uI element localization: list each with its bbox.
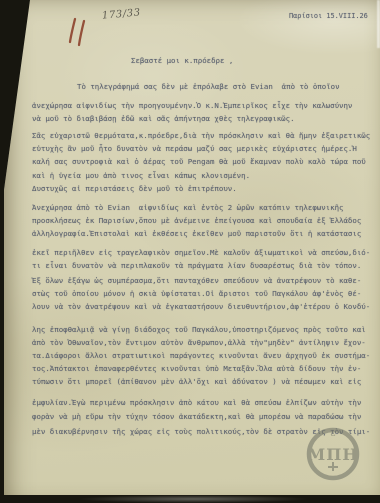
letter-line: ἀνεχώρησα αἰφνιδίως τὴν προηγουμένην.Ὁ κ… (32, 101, 352, 110)
letter-line: καλή σας συντροφιὰ καὶ ὁ ἀέρας τοῦ Penga… (32, 157, 366, 166)
letter-line: στὼς τοῦ ὁποίου μόνον ἡ σκιὰ ὑφίσταται.Ο… (32, 289, 361, 298)
handwritten-pencil-mark (64, 15, 92, 49)
letter-line: νὰ μοῦ τὸ διαβιβάσῃ ἐδῶ καὶ σᾶς ἀπήντησα… (32, 114, 295, 123)
letter-line: τύπωσιν ὅτι μπορεῖ (ἀπίθανον μὲν ἀλλ'ὄχι… (32, 377, 361, 386)
letter-line: Τὸ τηλεγράφημά σας δὲν μὲ ἐπρόλαβε στὸ E… (32, 82, 340, 91)
letter-line: τος.Ἀπότακτοι ἐπαναφερθέντες κινοῦνται ὑ… (32, 364, 361, 373)
letter-line: ἀπὸ τὸν Ὀθωναῖον,τὸν ἔντιμον αὐτὸν ἄνθρω… (32, 338, 366, 347)
stamp-top-glyph: ε (330, 428, 335, 439)
letter-line: λης ἐποφθαλμιᾷ νὰ γίνῃ διάδοχος τοῦ Παγκ… (32, 325, 366, 334)
letter-line: καὶ ἡ ὑγεία μου ἀπὸ τινος εἶναι κάπως κλ… (32, 171, 250, 180)
scanned-letter-page: 173/33 Παρίσιοι 15.VIII.26 Σεβαστέ μοι κ… (0, 0, 380, 503)
stamp-letters: ΜΠΗ (308, 445, 359, 464)
letter-line: ἐκεῖ περιῆλθεν εἰς τραγελαφικὸν σημεῖον.… (32, 248, 370, 257)
letter-line: Δυστυχῶς αἱ περιστάσεις δὲν μοῦ τὸ ἐπιτρ… (32, 184, 237, 193)
letter-line: λουν νὰ τὸν ἀνατρέψουν καὶ νὰ ἐγκαταστήσ… (32, 302, 370, 311)
letter-line: Σᾶς εὐχαριστῶ θερμότατα,κ.πρόεδρε,διὰ τὴ… (32, 131, 370, 140)
letter-line: Ἀνεχώρησα ἀπὸ τὸ Evian αἰφνιδίως καὶ ἐντ… (32, 203, 343, 212)
letter-line: ἀλληλογραφία.Ἐπιστολαὶ καὶ ἐκθέσεις ἐκεῖ… (32, 229, 361, 238)
dateline: Παρίσιοι 15.VIII.26 (289, 12, 368, 20)
letter-line: Ἐξ ὅλων ἐξάγω ὡς συμπέρασμα,ὅτι πανταχόθ… (32, 276, 361, 285)
letter-line: προσκλήσεως ἐκ Παρισίων,ὅπου μὲ ἀνέμεινε… (32, 216, 361, 225)
letter-line: ἐμφυλίαν.Ἐγὼ περιμένω πρόσκλησιν ἀπὸ κάτ… (32, 398, 361, 407)
letter-line: τι εἶναι δυνατὸν νὰ περιπλακοῦν τὰ πράγμ… (32, 261, 361, 270)
scan-bottom-smudge (78, 495, 308, 503)
salutation: Σεβαστέ μοι κ.πρόεδρε , (131, 56, 233, 65)
archive-stamp: ε ΜΠΗ (303, 423, 363, 483)
letter-line: τα.Διάφοροι ἄλλοι στρατιωτικοὶ παράγοντε… (32, 351, 370, 360)
letter-line: εὐτυχὴς ἂν μοῦ ἦτο δυνατὸν νὰ περάσω μαζ… (32, 144, 357, 153)
letter-line: φορὰν νὰ μὴ εὕρω τὴν τύχην τόσον ἀκατάδε… (32, 412, 361, 421)
